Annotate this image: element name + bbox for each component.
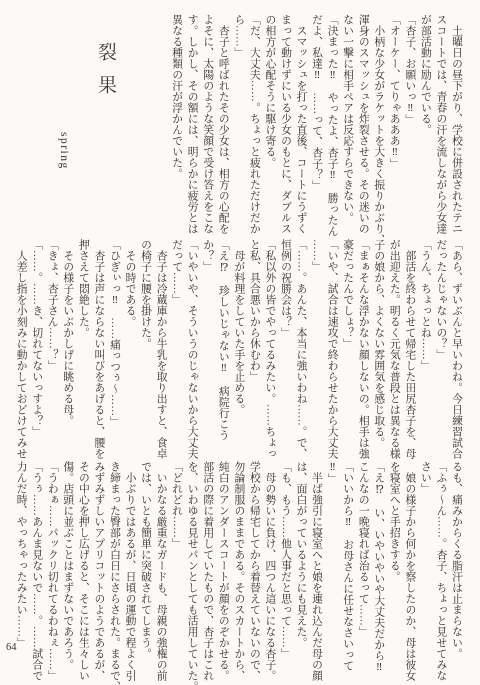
text-line: スコートでは、青春の汗を流しながら少女達 [433,14,449,231]
text-line: 「も、もう……他人事だと思って……」 [277,461,293,678]
text-line: いかなる厳重なガードも、母親の強権の前 [153,461,169,678]
text-line: 部活の際に着用していたもので、杏子はこれ [200,461,216,678]
text-line: の相方が心配そうに駆け寄る。 [262,14,278,231]
text-line: 豪だったんでしょ？」 [340,239,356,456]
text-line: 純白のアンダースコートが顔をのぞかせる。 [215,461,231,678]
text-line: 「うわぁ……パックリ切れてるわねぇ……」 [44,461,60,678]
text-line: るも、痛みからくる脂汗は止まらない。 [448,461,464,678]
text-line: 小柄な少女がラケットを大きく振りかぶり、 [371,14,387,231]
text-line: 「決まった‼ やったよ、杏子‼ 勝ったん [324,14,340,231]
book-page: 土曜日の昼下がり、学校に併設されたテニスコートでは、青春の汗を流しながら少女達が… [0,0,480,685]
text-line: だよ、私達‼ ……って、杏子？」 [309,14,325,231]
text-line: 「いやいや、そういうのじゃないから大丈夫 [184,239,200,456]
text-line: ない一撃に相手ペアは反応すらできない。 [340,14,356,231]
text-band-bottom: るも、痛みからくる脂汗は止まらない。「ふぅ～ん……。杏子、ちょっと見せてみなさい… [13,461,464,678]
text-line: スマッシュを打った直後、コートにうずく [293,14,309,231]
text-line: 「まぁそんな浮かない顔しないの。相手は強 [355,239,371,456]
text-line: 人差し指を小刻みに動かしておどけてみせ [13,239,29,456]
text-line: す。しかし、その額には、明らかに疲労とは [184,14,200,231]
text-line: こんなの一晩寝れば治るって……」 [355,461,371,678]
text-line: よそに、太陽のような笑顔で受け答えをこな [200,14,216,231]
page-number: 64 [6,642,17,653]
text-line: 「……。……き、切れてないっすよ？」 [29,239,45,456]
text-line: 勿論制服のままである。そのスカートから、 [231,461,247,678]
text-line: まって動けずにいる少女のもとに、ダブルス [277,14,293,231]
text-line: を、いわゆる見せパンとしても活用していた。 [184,461,200,678]
text-line: 「……。あんた、本当に強いわね……。で、 [293,239,309,456]
text-line: 子の娘から、よくない雰囲気を感じ取る。 [371,239,387,456]
text-line: ……」 [309,239,325,456]
text-line: 「だ、大丈夫……。ちょっと疲れただけだか [246,14,262,231]
text-line: 母の勢いに負け、四つん這いになる杏子。 [262,461,278,678]
story-title: 裂果 [92,42,119,108]
text-line: 杏子と呼ばれたその少女は、相方の心配を [215,14,231,231]
text-line: 土曜日の昼下がり、学校に併設されたテニ [448,14,464,231]
text-line: その中心を押し広げると、そこには生々しい [75,461,91,678]
text-line: の椅子に腰を掛けた。 [138,239,154,456]
text-line: か？」 [200,239,216,456]
text-line: だったんじゃないの？」 [433,239,449,456]
text-line: は、面白がっているようにも見えた。 [293,461,309,678]
text-line: 「うん、ちょっとね……」 [417,239,433,456]
text-line: 学校から帰宅してから着替えていないので、 [246,461,262,678]
text-line: 「いいから‼ お母さんに任せなさいって [340,461,356,678]
text-line: 「きょ、杏子さん……？」 [44,239,60,456]
text-line: 「え⁉ 珍しいじゃない‼ 病院行こう [215,239,231,456]
text-line: が部活動に励んでいる。 [417,14,433,231]
text-line: 杏子は声にならない叫びをあげると、腰を [91,239,107,456]
text-line: では、いとも簡単に突破されてしまう。 [138,461,154,678]
text-line: 「うぅ……あんま見ないで……。……試合で [29,461,45,678]
text-line: みずみずしいアプリコットのようであるが、 [91,461,107,678]
text-line: 半ば強引に寝室へと娘を連れ込んだ母の顔 [309,461,325,678]
text-line: 娘の様子から何かを察したのか、母は彼女 [402,461,418,678]
text-line: 渾身のスマッシュを炸裂させる。その迷いの [355,14,371,231]
text-line: ら……」 [231,14,247,231]
text-band-middle: 「あら、ずいぶんと早いわね。今日練習試合だったんじゃないの？」「うん、ちょっとね… [13,239,464,456]
text-line: ‼」 [324,461,340,678]
text-line: 「どれどれ……」 [169,461,185,678]
text-line: 押さえて悶絶した。 [75,239,91,456]
text-line: 「私以外の皆でやってるみたい。……ちょっ [262,239,278,456]
text-line: その様子をいぶかしげに眺める母。 [60,239,76,456]
text-line: 杏子は冷蔵庫から牛乳を取り出すと、食卓 [153,239,169,456]
author-name: spring [58,132,70,170]
text-line: 母が料理をしていた手を止める。 [231,239,247,456]
text-line: 「杏子、お願いっ‼」 [402,14,418,231]
text-line: き締まった臀部が白日にさらされた。まるで、 [106,461,122,678]
text-line: さい」 [417,461,433,678]
text-line: 「あら、ずいぶんと早いわね。今日練習試合 [448,239,464,456]
text-line: 「いや、試合は速攻で終わらせたから大丈夫 [324,239,340,456]
text-line: と私、具合悪いから休むわ」 [246,239,262,456]
text-line: 傷。店頭に並ぶことはまずないであろう。 [60,461,76,678]
text-line: を寝室へと手招きする。 [386,461,402,678]
text-line: 部活を終わらせて帰宅した田尻杏子を、母 [402,239,418,456]
text-line: 恒例の祝勝会は？」 [277,239,293,456]
text-line: 「え⁉ い、いやいやいや大丈夫だから‼ [371,461,387,678]
text-line: その時である。 [122,239,138,456]
text-line: が出迎えた。明るく元気な普段とは異なる様 [386,239,402,456]
text-line: 「ひぎぃっ‼ ……痛っつぅ～……」 [106,239,122,456]
text-line: 「ふぅ～ん……。杏子、ちょっと見せてみな [433,461,449,678]
text-line: だって……」 [169,239,185,456]
text-line: 小ぶりではあるが、日頃の運動で程よく引 [122,461,138,678]
text-line: 異なる種類の汗が浮かんでいた。 [169,14,185,231]
text-band-top: 土曜日の昼下がり、学校に併設されたテニスコートでは、青春の汗を流しながら少女達が… [169,14,464,231]
text-line: 「オーケー、てりゃあああ‼」 [386,14,402,231]
